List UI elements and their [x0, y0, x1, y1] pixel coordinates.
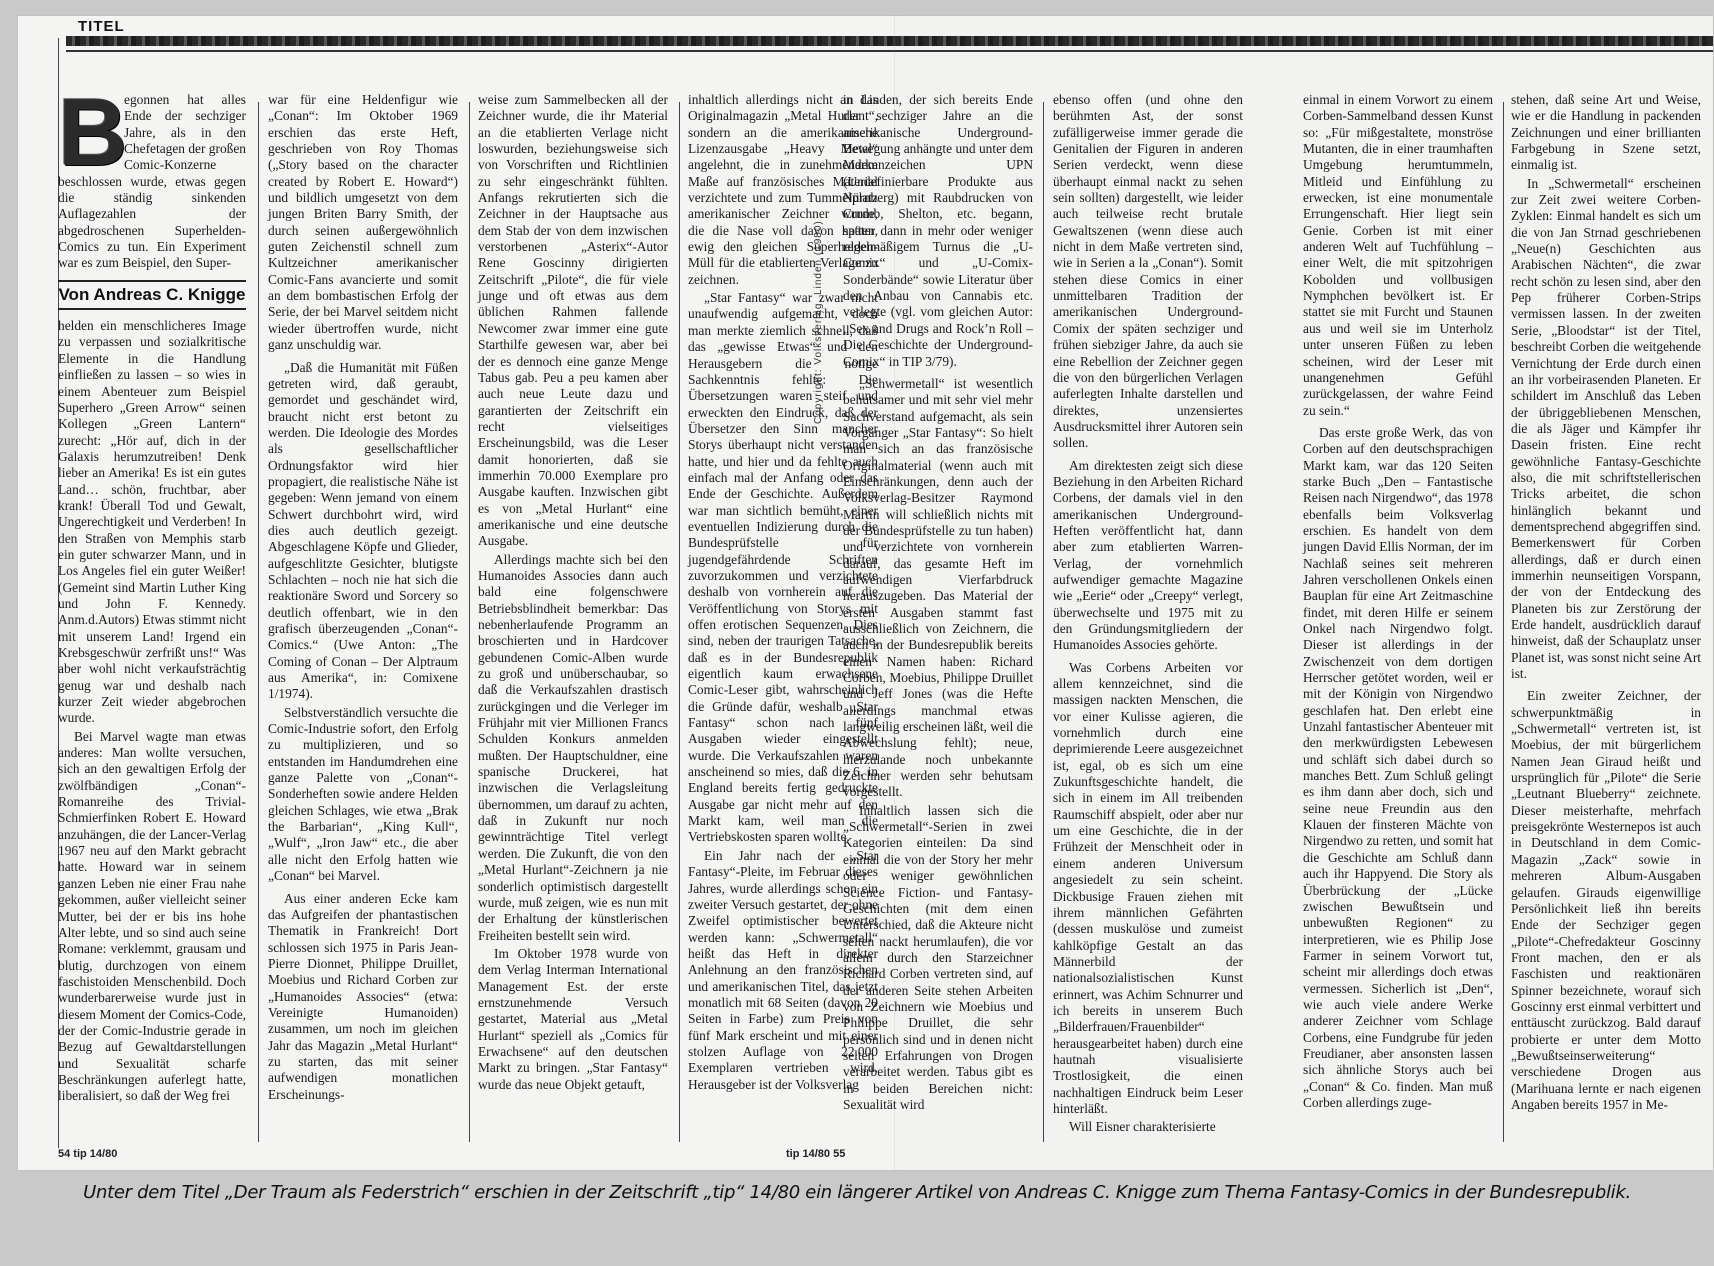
- article-column-1: B egonnen hat alles Ende der sechziger J…: [58, 92, 246, 1105]
- paragraph: in Linden, der sich bereits Ende der sec…: [843, 92, 1033, 370]
- paragraph: Inhaltlich lassen sich die „Schwermetall…: [843, 803, 1033, 1114]
- column-divider: [258, 102, 259, 1142]
- paragraph: einmal in einem Vorwort zu einem Corben-…: [1303, 92, 1493, 419]
- paragraph: Im Oktober 1978 wurde von dem Verlag Int…: [478, 946, 668, 1093]
- article-column-6: ebenso offen (und ohne den berühmten Ast…: [1053, 92, 1243, 1136]
- article-column-5: in Linden, der sich bereits Ende der sec…: [843, 92, 1033, 1113]
- paragraph: „Daß die Humanität mit Füßen getreten wi…: [268, 360, 458, 703]
- right-page: Copyright: Volksverlag, Linden (1980) in…: [895, 16, 1713, 1170]
- column-divider: [1503, 102, 1504, 1142]
- page-number-left: 54 tip 14/80: [58, 1148, 117, 1160]
- paragraph: war für eine Heldenfigur wie „Conan“: Im…: [268, 92, 458, 354]
- paragraph: Allerdings machte sich bei den Humanoide…: [478, 552, 668, 944]
- paragraph: Aus einer anderen Ecke kam das Aufgreife…: [268, 891, 458, 1103]
- page-number-right: tip 14/80 55: [786, 1148, 845, 1160]
- copyright-notice: Copyright: Volksverlag, Linden (1980): [813, 94, 827, 424]
- paragraph: ebenso offen (und ohne den berühmten Ast…: [1053, 92, 1243, 452]
- paragraph: helden ein menschlicheres Image zu verpa…: [58, 318, 246, 727]
- article-column-7: einmal in einem Vorwort zu einem Corben-…: [1303, 92, 1493, 1111]
- paragraph: Das erste große Werk, das von Corben auf…: [1303, 425, 1493, 1111]
- paragraph: Was Corbens Arbeiten vor allem kennzeich…: [1053, 660, 1243, 1118]
- column-divider: [469, 102, 470, 1142]
- paragraph: Ein zweiter Zeichner, der schwerpunktmäß…: [1511, 688, 1701, 1113]
- article-column-2: war für eine Heldenfigur wie „Conan“: Im…: [268, 92, 458, 1103]
- image-caption: Unter dem Titel „Der Traum als Federstri…: [0, 1182, 1714, 1203]
- paragraph: „Schwermetall“ ist wesentlich behutsamer…: [843, 376, 1033, 801]
- paragraph: Am direktesten zeigt sich diese Beziehun…: [1053, 458, 1243, 654]
- column-divider: [1043, 102, 1044, 1142]
- byline: Von Andreas C. Knigge: [58, 280, 246, 310]
- paragraph: Selbstverständlich versuchte die Comic-I…: [268, 705, 458, 885]
- section-label: TITEL: [78, 18, 125, 35]
- drop-cap: B: [58, 94, 116, 172]
- header-rule: [66, 36, 898, 46]
- header-rule-thin: [895, 50, 1713, 52]
- paragraph: In „Schwermetall“ erscheinen zur Zeit zw…: [1511, 176, 1701, 683]
- paragraph: weise zum Sammelbecken all der Zeichner …: [478, 92, 668, 550]
- column-divider: [679, 102, 680, 1142]
- paragraph: Will Eisner charakterisierte: [1053, 1119, 1243, 1135]
- article-column-3: weise zum Sammelbecken all der Zeichner …: [478, 92, 668, 1093]
- left-page: TITEL B egonnen hat alles Ende der sechz…: [18, 16, 898, 1170]
- header-rule: [895, 36, 1713, 46]
- paragraph: Bei Marvel wagte man etwas anderes: Man …: [58, 729, 246, 1105]
- article-column-8: stehen, daß seine Art und Weise, wie er …: [1511, 92, 1701, 1113]
- header-rule-thin: [66, 50, 898, 52]
- paragraph: stehen, daß seine Art und Weise, wie er …: [1511, 92, 1701, 174]
